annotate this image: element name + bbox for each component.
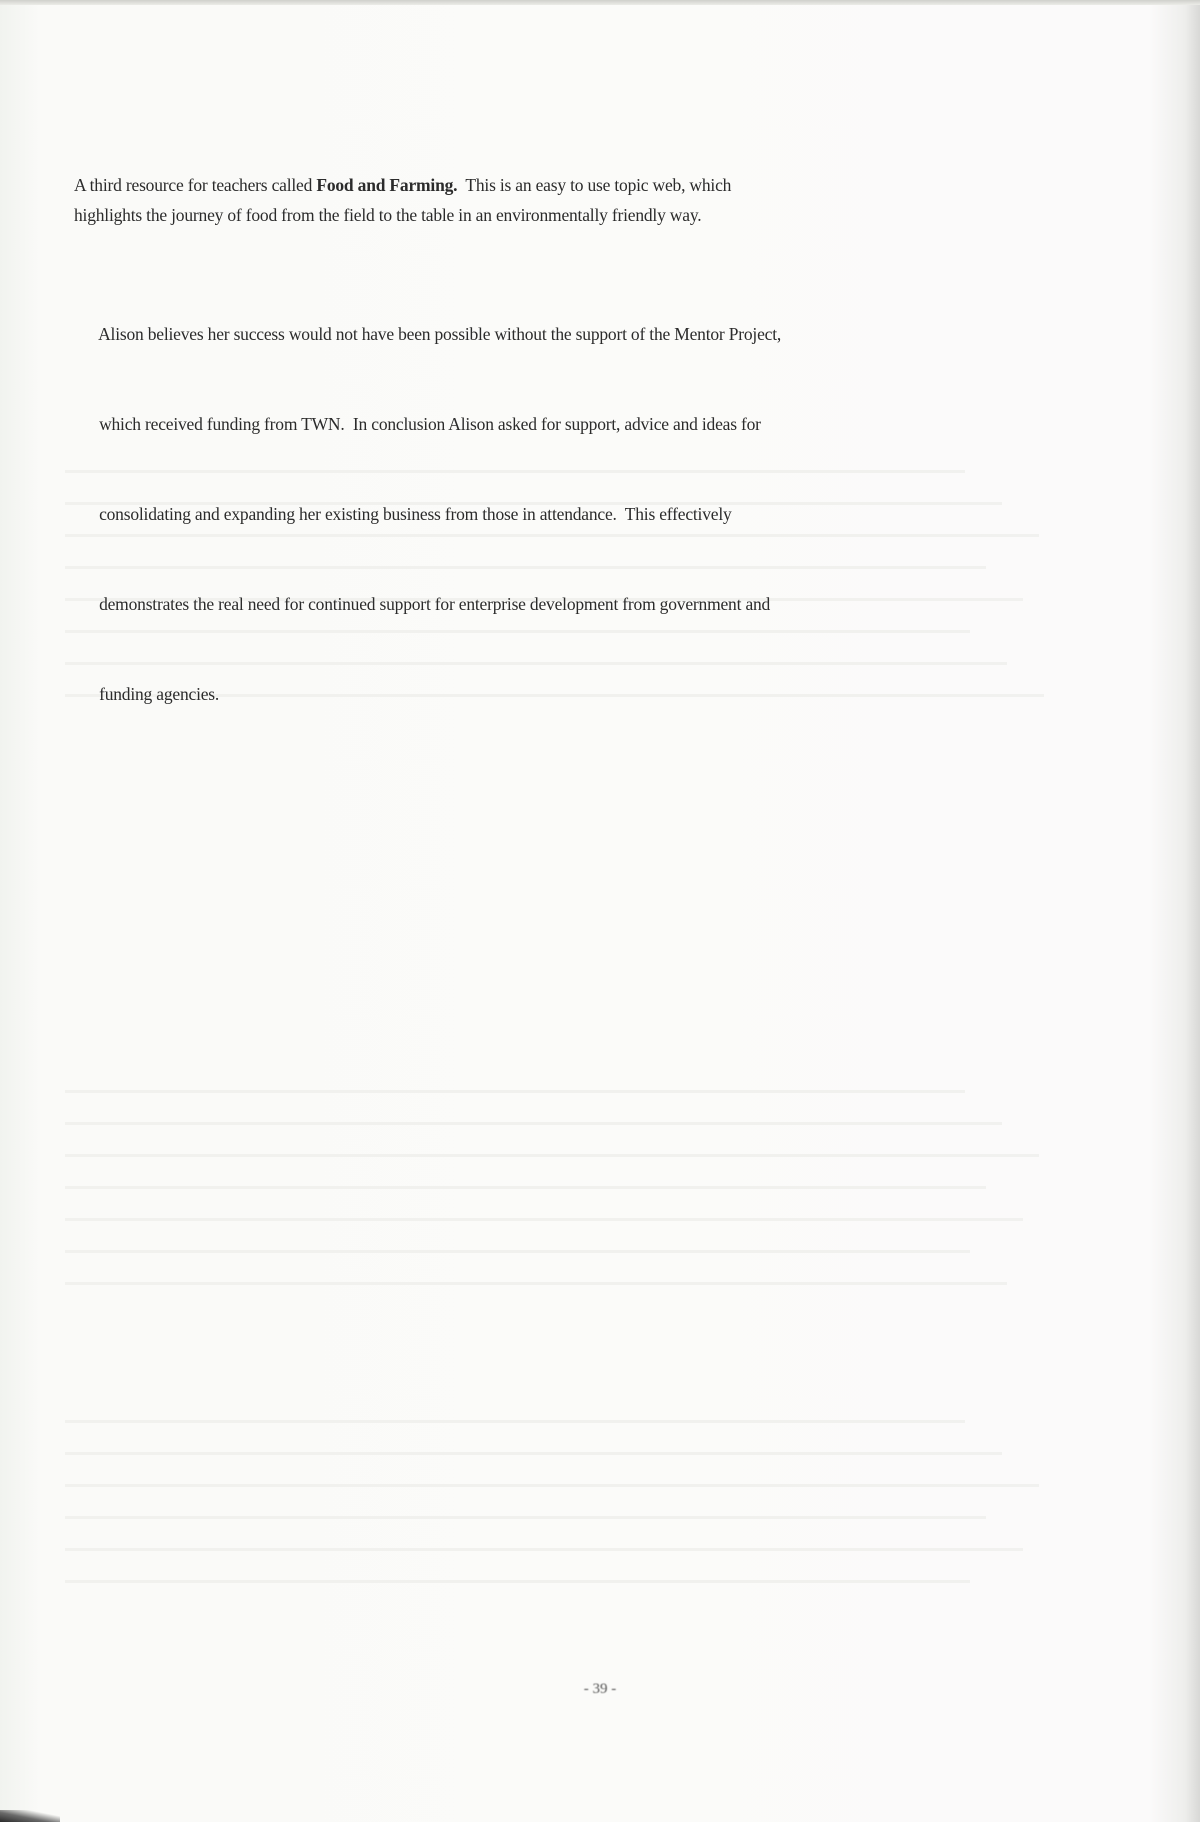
resource-title-food-and-farming: Food and Farming. <box>316 175 457 195</box>
scanned-page: A third resource for teachers called Foo… <box>0 0 1200 1822</box>
bleed-line <box>65 1452 1002 1455</box>
text-segment: funding agencies. <box>99 684 219 704</box>
bleed-line <box>65 1122 1002 1125</box>
bleed-line <box>65 1218 1023 1221</box>
text-segment: highlights the journey of food from the … <box>74 205 701 225</box>
text-segment: which received funding from TWN. In conc… <box>99 414 761 434</box>
bleed-line <box>65 1516 986 1519</box>
text-line: consolidating and expanding her existing… <box>74 469 1034 559</box>
text-line: highlights the journey of food from the … <box>74 200 1034 230</box>
bleed-line <box>65 1548 1023 1551</box>
text-segment: Alison believes her success would not ha… <box>98 324 781 344</box>
text-segment: demonstrates the real need for continued… <box>99 594 770 614</box>
scan-corner-shadow <box>0 1810 60 1822</box>
paragraph-alison-conclusion: Alison believes her success would not ha… <box>74 289 1034 739</box>
bleed-line <box>65 1090 965 1093</box>
bleed-line <box>65 1580 970 1583</box>
bleed-line <box>65 1484 1039 1487</box>
bleed-line <box>65 1154 1039 1157</box>
paragraph-food-and-farming: A third resource for teachers called Foo… <box>74 170 1034 230</box>
text-line: which received funding from TWN. In conc… <box>74 379 1034 469</box>
bleed-line <box>65 1420 965 1423</box>
text-segment: This is an easy to use topic web, which <box>457 175 731 195</box>
text-segment: consolidating and expanding her existing… <box>99 504 731 524</box>
text-line: demonstrates the real need for continued… <box>74 559 1034 649</box>
text-segment: A third resource for teachers called <box>74 175 316 195</box>
text-line: Alison believes her success would not ha… <box>74 289 1034 379</box>
bleed-line <box>65 1282 1007 1285</box>
bleed-line <box>65 1250 970 1253</box>
text-line: A third resource for teachers called Foo… <box>74 170 1034 200</box>
bleed-line <box>65 1186 986 1189</box>
page-number: - 39 - <box>0 1681 1200 1698</box>
text-line: funding agencies. <box>74 649 1034 739</box>
page-top-edge <box>0 0 1200 5</box>
